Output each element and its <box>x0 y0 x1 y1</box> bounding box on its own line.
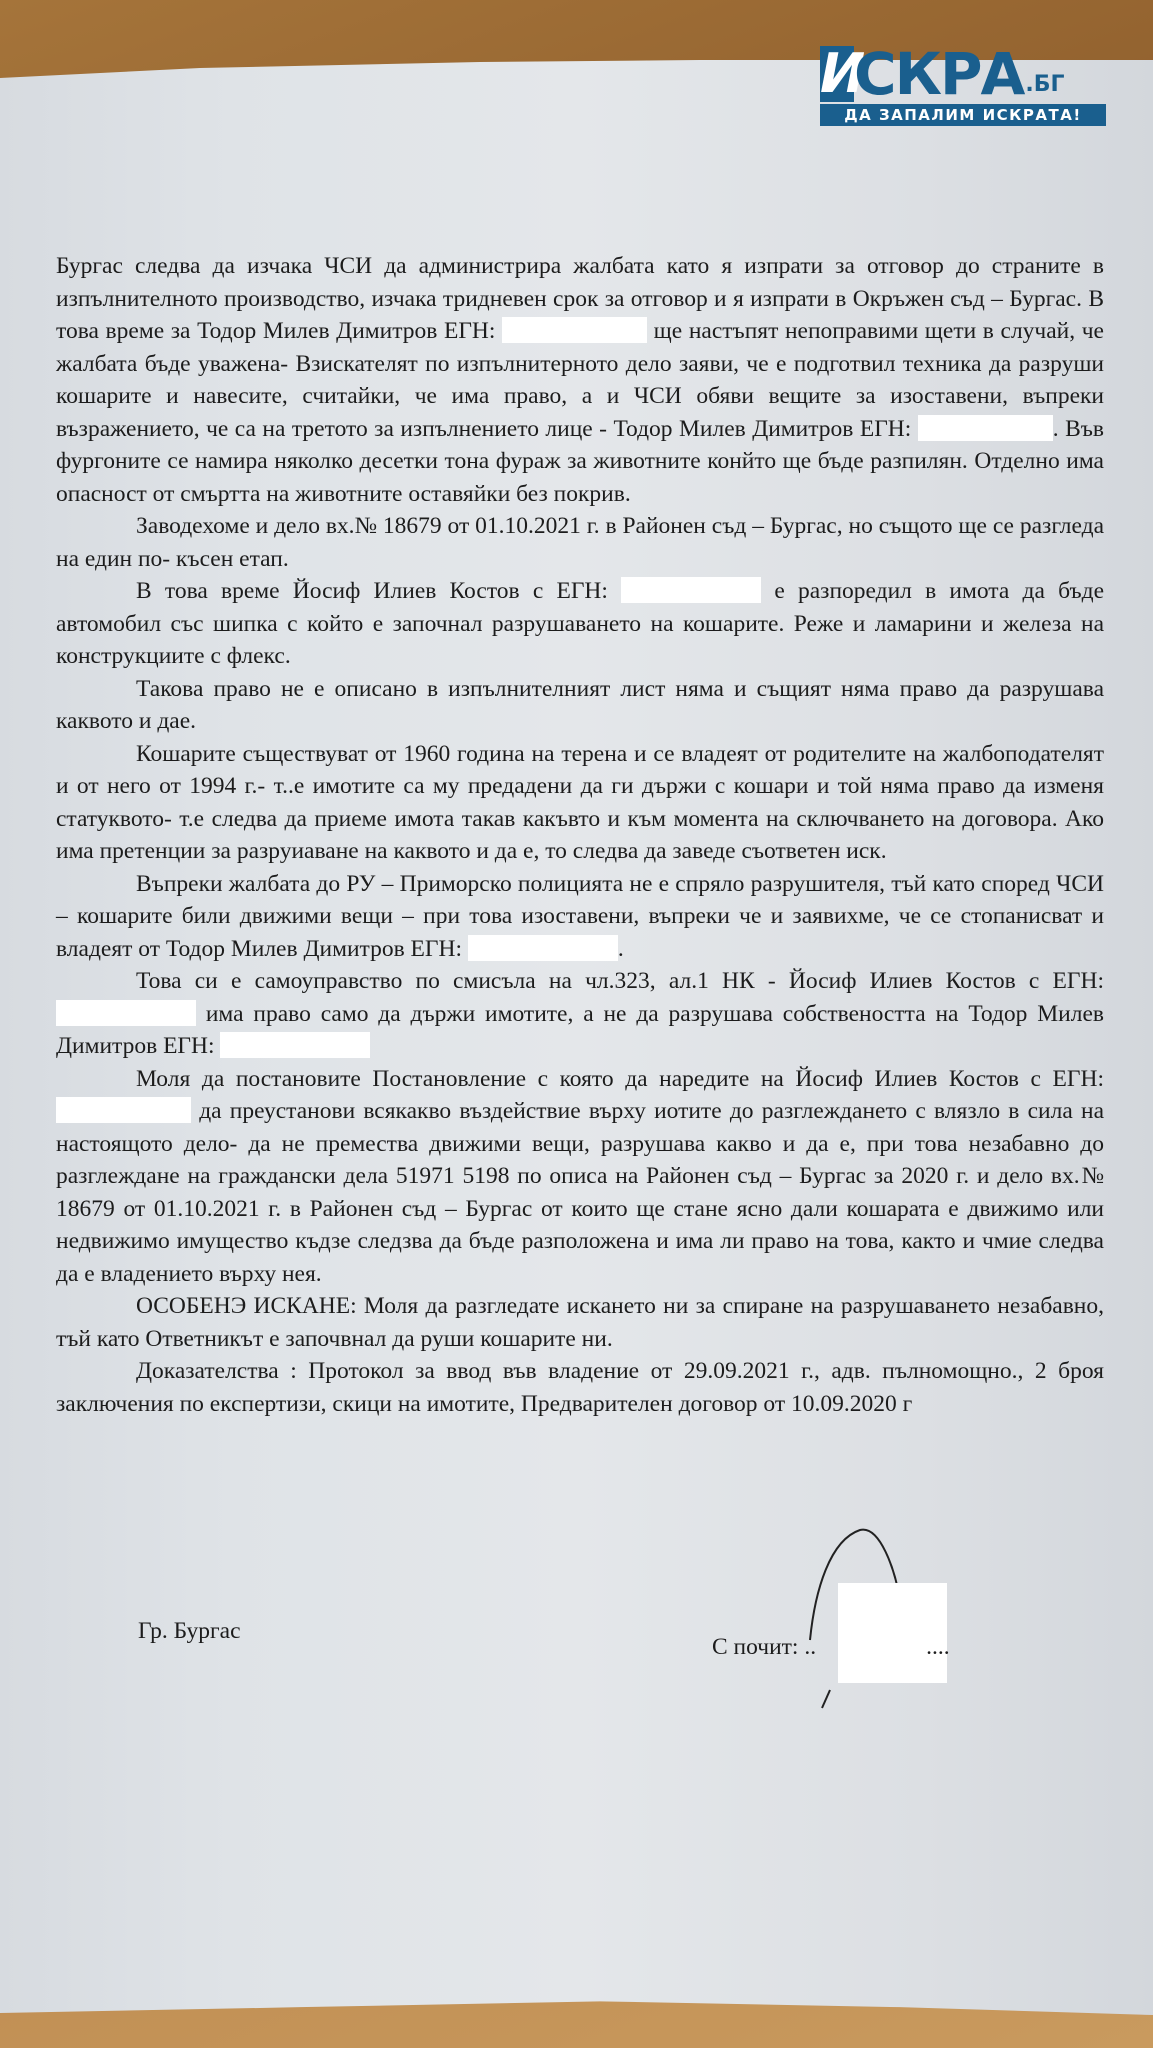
logo-tld: .БГ <box>1025 74 1064 96</box>
regards-suffix: .... <box>926 1634 950 1660</box>
paragraph-text: да преустанови всякакво въздействие върх… <box>56 1098 1104 1287</box>
iskra-logo: И СКРА .БГ ДА ЗАПАЛИМ ИСКРАТА! <box>820 44 1110 126</box>
logo-brand-text: СКРА <box>854 46 1023 102</box>
paragraph-text: Това си е самоуправство по смисъла на чл… <box>136 968 1104 994</box>
redacted-egn <box>918 415 1053 441</box>
paragraph-text: Заводехоме и дело вх.№ 18679 от 01.10.20… <box>56 513 1104 572</box>
regards-line: С почит: ...... <box>712 1634 950 1661</box>
logo-wordmark: И СКРА .БГ <box>820 44 1065 102</box>
signature-redaction <box>838 1583 947 1683</box>
paragraph: Доказателства : Протокол за ввод във вла… <box>56 1355 1104 1420</box>
paragraph-text: Моля да постановите Постановление с коят… <box>136 1066 1104 1092</box>
paragraph: ОСОБЕНЭ ИСКАНЕ: Моля да разгледате искан… <box>56 1290 1104 1355</box>
paragraph-text: . <box>618 936 624 962</box>
paragraph: Такова право не е описано в изпълнителни… <box>56 673 1104 738</box>
paragraph-text: има право само да държи имотите, а не да… <box>56 1001 1104 1060</box>
paragraph: Кошарите съществуват от 1960 година на т… <box>56 738 1104 868</box>
logo-first-letter: И <box>820 46 854 102</box>
paragraph: Въпреки жалбата до РУ – Приморско полици… <box>56 868 1104 966</box>
paragraph: Това си е самоуправство по смисъла на чл… <box>56 965 1104 1063</box>
paragraph: Бургас следва да изчака ЧСИ да администр… <box>56 250 1104 510</box>
paragraph: Моля да постановите Постановление с коят… <box>56 1063 1104 1291</box>
city-line: Гр. Бургас <box>138 1618 241 1645</box>
paragraph: Заводехоме и дело вх.№ 18679 от 01.10.20… <box>56 510 1104 575</box>
paragraph-text: Доказателства : Протокол за ввод във вла… <box>56 1358 1104 1417</box>
paragraph-text: В това време Йосиф Илиев Костов с ЕГН: <box>136 578 621 604</box>
redacted-egn <box>621 577 761 603</box>
redacted-egn <box>502 317 647 343</box>
paragraph: В това време Йосиф Илиев Костов с ЕГН: е… <box>56 575 1104 673</box>
document-body: Бургас следва да изчака ЧСИ да администр… <box>56 250 1104 1420</box>
paragraph-text: Кошарите съществуват от 1960 година на т… <box>56 741 1104 865</box>
paragraph-text: ОСОБЕНЭ ИСКАНЕ: Моля да разгледате искан… <box>56 1293 1104 1352</box>
redacted-egn <box>468 935 618 961</box>
regards-prefix: С почит: .. <box>712 1634 816 1660</box>
redacted-egn <box>56 1097 191 1123</box>
logo-tagline: ДА ЗАПАЛИМ ИСКРАТА! <box>820 104 1106 126</box>
redacted-egn <box>56 1000 196 1026</box>
paragraph-text: Такова право не е описано в изпълнителни… <box>56 676 1104 735</box>
redacted-egn <box>220 1032 370 1058</box>
